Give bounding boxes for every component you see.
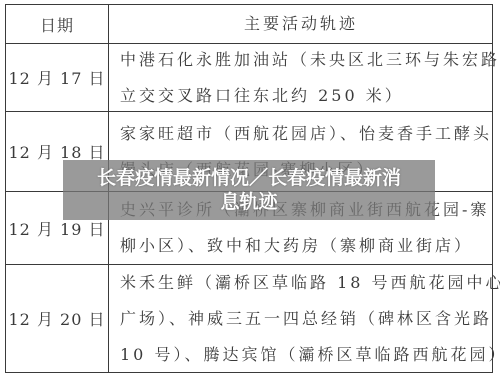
track-line: 10 号）、腾达宾馆（灞桥区草临路西航花园） (120, 337, 482, 373)
row-track: 中港石化永胜加油站（未央区北三环与朱宏路 立交交叉路口往东北约 250 米） (110, 44, 492, 111)
track-line: 立交交叉路口往东北约 250 米） (120, 78, 482, 114)
track-line: 柳小区）、致中和大药房（寨柳商业街店） (120, 228, 482, 264)
table-header-row: 日期 主要活动轨迹 (6, 5, 492, 43)
header-track: 主要活动轨迹 (110, 5, 492, 43)
table-row: 12 月 20 日 米禾生鲜（灞桥区草临路 18 号西航花园中心 广场）、神威三… (6, 264, 492, 372)
track-line: 广场）、神威三五一四总经销（碑林区含光路 (120, 301, 482, 337)
track-line: 家家旺超市（西航花园店）、怡麦香手工酵头 (120, 116, 482, 152)
table-row: 12 月 17 日 中港石化永胜加油站（未央区北三环与朱宏路 立交交叉路口往东北… (6, 43, 492, 111)
track-line: 米禾生鲜（灞桥区草临路 18 号西航花园中心 (120, 265, 482, 301)
row-track: 米禾生鲜（灞桥区草临路 18 号西航花园中心 广场）、神威三五一四总经销（碑林区… (110, 265, 492, 372)
header-track-label: 主要活动轨迹 (244, 6, 358, 42)
row-date: 12 月 17 日 (6, 44, 108, 111)
header-date: 日期 (6, 5, 108, 43)
row-date: 12 月 20 日 (6, 265, 108, 372)
overlay-title-line-1: 长春疫情最新情况／长春疫情最新消 (97, 166, 401, 190)
track-line: 中港石化永胜加油站（未央区北三环与朱宏路 (120, 42, 482, 78)
overlay-title-line-2: 息轨迹 (220, 190, 277, 214)
overlay-title: 长春疫情最新情况／长春疫情最新消 息轨迹 (63, 160, 435, 220)
